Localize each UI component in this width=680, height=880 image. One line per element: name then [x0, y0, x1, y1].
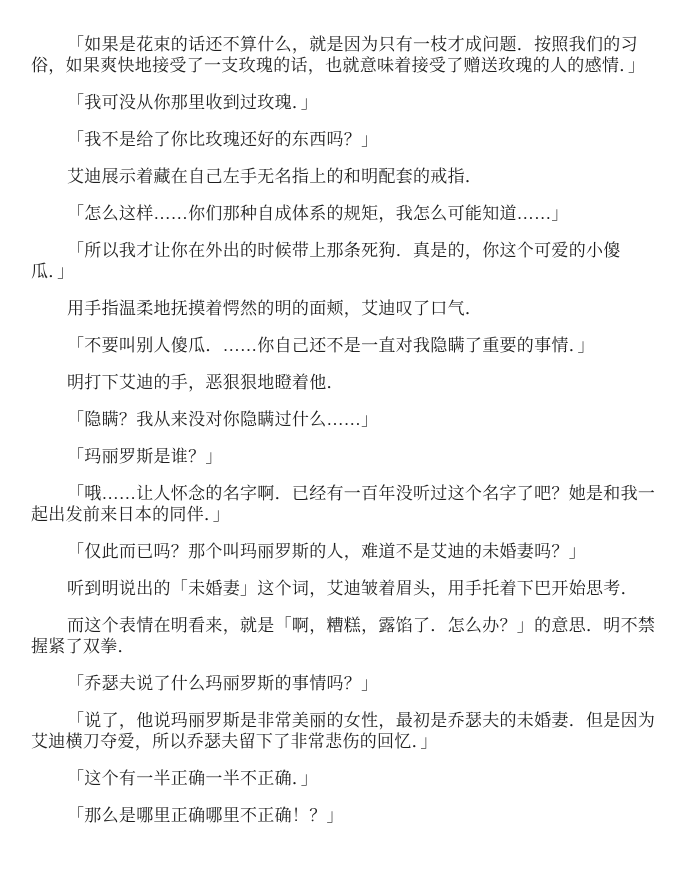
paragraph: 「不要叫别人傻瓜．……你自己还不是一直对我隐瞒了重要的事情．」	[31, 335, 652, 356]
paragraph: 艾迪展示着藏在自己左手无名指上的和明配套的戒指．	[31, 166, 652, 187]
paragraph: 「我不是给了你比玫瑰还好的东西吗？」	[31, 129, 652, 150]
paragraph: 「隐瞒？我从来没对你隐瞒过什么……」	[31, 409, 652, 430]
paragraph: 「仅此而已吗？那个叫玛丽罗斯的人，难道不是艾迪的未婚妻吗？」	[31, 541, 652, 562]
text-line: 「隐瞒？我从来没对你隐瞒过什么……」	[31, 409, 652, 430]
paragraph: 而这个表情在明看来，就是「啊，糟糕，露馅了．怎么办？」的意思．明不禁握紧了双拳．	[31, 615, 652, 657]
text-line: 瓜．」	[31, 261, 652, 282]
text-line: 艾迪展示着藏在自己左手无名指上的和明配套的戒指．	[31, 166, 652, 187]
text-column: 「如果是花束的话还不算什么，就是因为只有一枝才成问题．按照我们的习俗，如果爽快地…	[31, 34, 652, 826]
text-line: 「那么是哪里正确哪里不正确！？」	[31, 805, 652, 826]
text-line: 「不要叫别人傻瓜．……你自己还不是一直对我隐瞒了重要的事情．」	[31, 335, 652, 356]
text-line: 明打下艾迪的手，恶狠狠地瞪着他．	[31, 372, 652, 393]
paragraph: 「我可没从你那里收到过玫瑰．」	[31, 92, 652, 113]
paragraph: 听到明说出的「未婚妻」这个词，艾迪皱着眉头，用手托着下巴开始思考．	[31, 578, 652, 599]
paragraph: 「如果是花束的话还不算什么，就是因为只有一枝才成问题．按照我们的习俗，如果爽快地…	[31, 34, 652, 76]
text-line: 用手指温柔地抚摸着愕然的明的面颊，艾迪叹了口气．	[31, 298, 652, 319]
paragraph: 用手指温柔地抚摸着愕然的明的面颊，艾迪叹了口气．	[31, 298, 652, 319]
text-line: 「这个有一半正确一半不正确．」	[31, 768, 652, 789]
paragraph: 「玛丽罗斯是谁？」	[31, 446, 652, 467]
paragraph: 「所以我才让你在外出的时候带上那条死狗．真是的，你这个可爱的小傻瓜．」	[31, 240, 652, 282]
text-line: 而这个表情在明看来，就是「啊，糟糕，露馅了．怎么办？」的意思．明不禁	[31, 615, 652, 636]
text-line: 「所以我才让你在外出的时候带上那条死狗．真是的，你这个可爱的小傻	[31, 240, 652, 261]
text-line: 「乔瑟夫说了什么玛丽罗斯的事情吗？」	[31, 673, 652, 694]
paragraph: 「乔瑟夫说了什么玛丽罗斯的事情吗？」	[31, 673, 652, 694]
paragraph: 明打下艾迪的手，恶狠狠地瞪着他．	[31, 372, 652, 393]
text-line: 「仅此而已吗？那个叫玛丽罗斯的人，难道不是艾迪的未婚妻吗？」	[31, 541, 652, 562]
text-line: 「我可没从你那里收到过玫瑰．」	[31, 92, 652, 113]
text-line: 「哦……让人怀念的名字啊．已经有一百年没听过这个名字了吧？她是和我一	[31, 483, 652, 504]
text-line: 听到明说出的「未婚妻」这个词，艾迪皱着眉头，用手托着下巴开始思考．	[31, 578, 652, 599]
text-line: 「如果是花束的话还不算什么，就是因为只有一枝才成问题．按照我们的习	[31, 34, 652, 55]
text-line: 起出发前来日本的同伴．」	[31, 504, 652, 525]
text-line: 「玛丽罗斯是谁？」	[31, 446, 652, 467]
paragraph: 「这个有一半正确一半不正确．」	[31, 768, 652, 789]
paragraph: 「那么是哪里正确哪里不正确！？」	[31, 805, 652, 826]
paragraph: 「哦……让人怀念的名字啊．已经有一百年没听过这个名字了吧？她是和我一起出发前来日…	[31, 483, 652, 525]
paragraph: 「说了，他说玛丽罗斯是非常美丽的女性，最初是乔瑟夫的未婚妻．但是因为艾迪横刀夺爱…	[31, 710, 652, 752]
text-line: 俗，如果爽快地接受了一支玫瑰的话，也就意味着接受了赠送玫瑰的人的感情．」	[31, 55, 652, 76]
text-line: 「怎么这样……你们那种自成体系的规矩，我怎么可能知道……」	[31, 203, 652, 224]
text-line: 握紧了双拳．	[31, 636, 652, 657]
text-line: 艾迪横刀夺爱，所以乔瑟夫留下了非常悲伤的回忆．」	[31, 731, 652, 752]
paragraph: 「怎么这样……你们那种自成体系的规矩，我怎么可能知道……」	[31, 203, 652, 224]
text-line: 「说了，他说玛丽罗斯是非常美丽的女性，最初是乔瑟夫的未婚妻．但是因为	[31, 710, 652, 731]
text-line: 「我不是给了你比玫瑰还好的东西吗？」	[31, 129, 652, 150]
document-page: 「如果是花束的话还不算什么，就是因为只有一枝才成问题．按照我们的习俗，如果爽快地…	[0, 0, 680, 880]
